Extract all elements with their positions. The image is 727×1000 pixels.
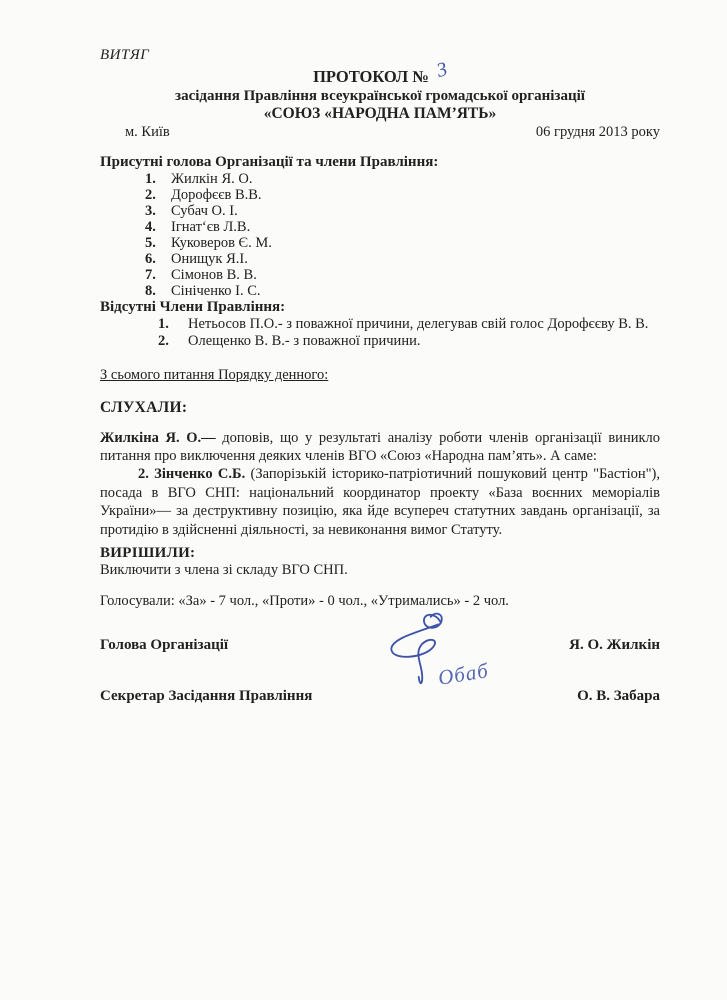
organization-name: «СОЮЗ «НАРОДНА ПАМ’ЯТЬ»: [100, 105, 660, 123]
protocol-title: ПРОТОКОЛ №3: [100, 66, 660, 87]
excluded-member-name: 2. Зінченко С.Б.: [138, 466, 245, 482]
list-item: 2.Олещенко В. В.- з поважної причини.: [100, 333, 660, 350]
list-item: 6.Онищук Я.І.: [100, 251, 660, 267]
member-name: Куковеров Є. М.: [171, 235, 272, 251]
heard-paragraph-1: Жилкіна Я. О.— доповів, що у результаті …: [100, 429, 660, 465]
item-number: 2.: [145, 187, 171, 203]
heard-paragraph-2: 2. Зінченко С.Б. (Запорізькій історико-п…: [100, 465, 660, 539]
title-block: ПРОТОКОЛ №3 засідання Правління всеукраї…: [100, 66, 660, 123]
signer-name: О. В. Забара: [577, 688, 660, 705]
list-item: 1.Нетьосов П.О.- з поважної причини, дел…: [100, 316, 660, 333]
member-name: Дорофєєв В.В.: [171, 187, 262, 203]
list-item: 5.Куковеров Є. М.: [100, 235, 660, 251]
signer-title: Секретар Засідання Правління: [100, 688, 312, 705]
member-name: Онищук Я.І.: [171, 251, 248, 267]
absent-heading: Відсутні Члени Правління:: [100, 299, 660, 316]
list-item: 8.Сініченко І. С.: [100, 283, 660, 299]
list-item: 7.Сімонов В. В.: [100, 267, 660, 283]
scanned-protocol-page: ВИТЯГ ПРОТОКОЛ №3 засідання Правління вс…: [0, 0, 727, 1000]
decision-text: Виключити з члена зі складу ВГО СНП.: [100, 562, 660, 579]
extract-label: ВИТЯГ: [100, 46, 660, 64]
document-content: ВИТЯГ ПРОТОКОЛ №3 засідання Правління вс…: [100, 46, 660, 705]
signer-title: Голова Організації: [100, 637, 228, 654]
item-number: 6.: [145, 251, 171, 267]
item-number: 2.: [158, 333, 188, 350]
item-number: 7.: [145, 267, 171, 283]
city-date-row: м. Київ 06 грудня 2013 року: [100, 124, 660, 141]
item-number: 1.: [145, 171, 171, 187]
member-name: Сімонов В. В.: [171, 267, 257, 283]
city-label: м. Київ: [100, 124, 170, 141]
list-item: 3.Субач О. І.: [100, 203, 660, 219]
agenda-heading: З сьомого питання Порядку денного:: [100, 366, 660, 384]
heard-heading: СЛУХАЛИ:: [100, 399, 660, 416]
item-number: 4.: [145, 219, 171, 235]
member-name: Ігнат‘єв Л.В.: [171, 219, 250, 235]
signer-name: Я. О. Жилкін: [569, 637, 660, 654]
member-name: Сініченко І. С.: [171, 283, 261, 299]
title-subtitle: засідання Правління всеукраїнської грома…: [100, 87, 660, 105]
present-list: 1.Жилкін Я. О. 2.Дорофєєв В.В. 3.Субач О…: [100, 171, 660, 299]
item-number: 1.: [158, 316, 188, 333]
signature-row-head: Голова Організації Я. О. Жилкін: [100, 637, 660, 654]
speaker-name: Жилкіна Я. О.—: [100, 430, 216, 446]
protocol-title-text: ПРОТОКОЛ №: [313, 67, 429, 86]
decided-heading: ВИРІШИЛИ:: [100, 545, 660, 562]
list-item: 1.Жилкін Я. О.: [100, 171, 660, 187]
item-number: 8.: [145, 283, 171, 299]
member-name: Олещенко В. В.- з поважної причини.: [188, 333, 420, 350]
item-number: 5.: [145, 235, 171, 251]
item-number: 3.: [145, 203, 171, 219]
vote-results: Голосували: «За» - 7 чол., «Проти» - 0 ч…: [100, 593, 660, 610]
member-name: Нетьосов П.О.- з поважної причини, делег…: [188, 316, 648, 333]
signature-row-secretary: Секретар Засідання Правління О. В. Забар…: [100, 688, 660, 705]
member-name: Субач О. І.: [171, 203, 238, 219]
date-label: 06 грудня 2013 року: [536, 124, 660, 141]
member-name: Жилкін Я. О.: [171, 171, 252, 187]
present-heading: Присутні голова Організації та члени Пра…: [100, 154, 660, 171]
absent-list: 1.Нетьосов П.О.- з поважної причини, дел…: [100, 316, 660, 350]
list-item: 2.Дорофєєв В.В.: [100, 187, 660, 203]
list-item: 4.Ігнат‘єв Л.В.: [100, 219, 660, 235]
